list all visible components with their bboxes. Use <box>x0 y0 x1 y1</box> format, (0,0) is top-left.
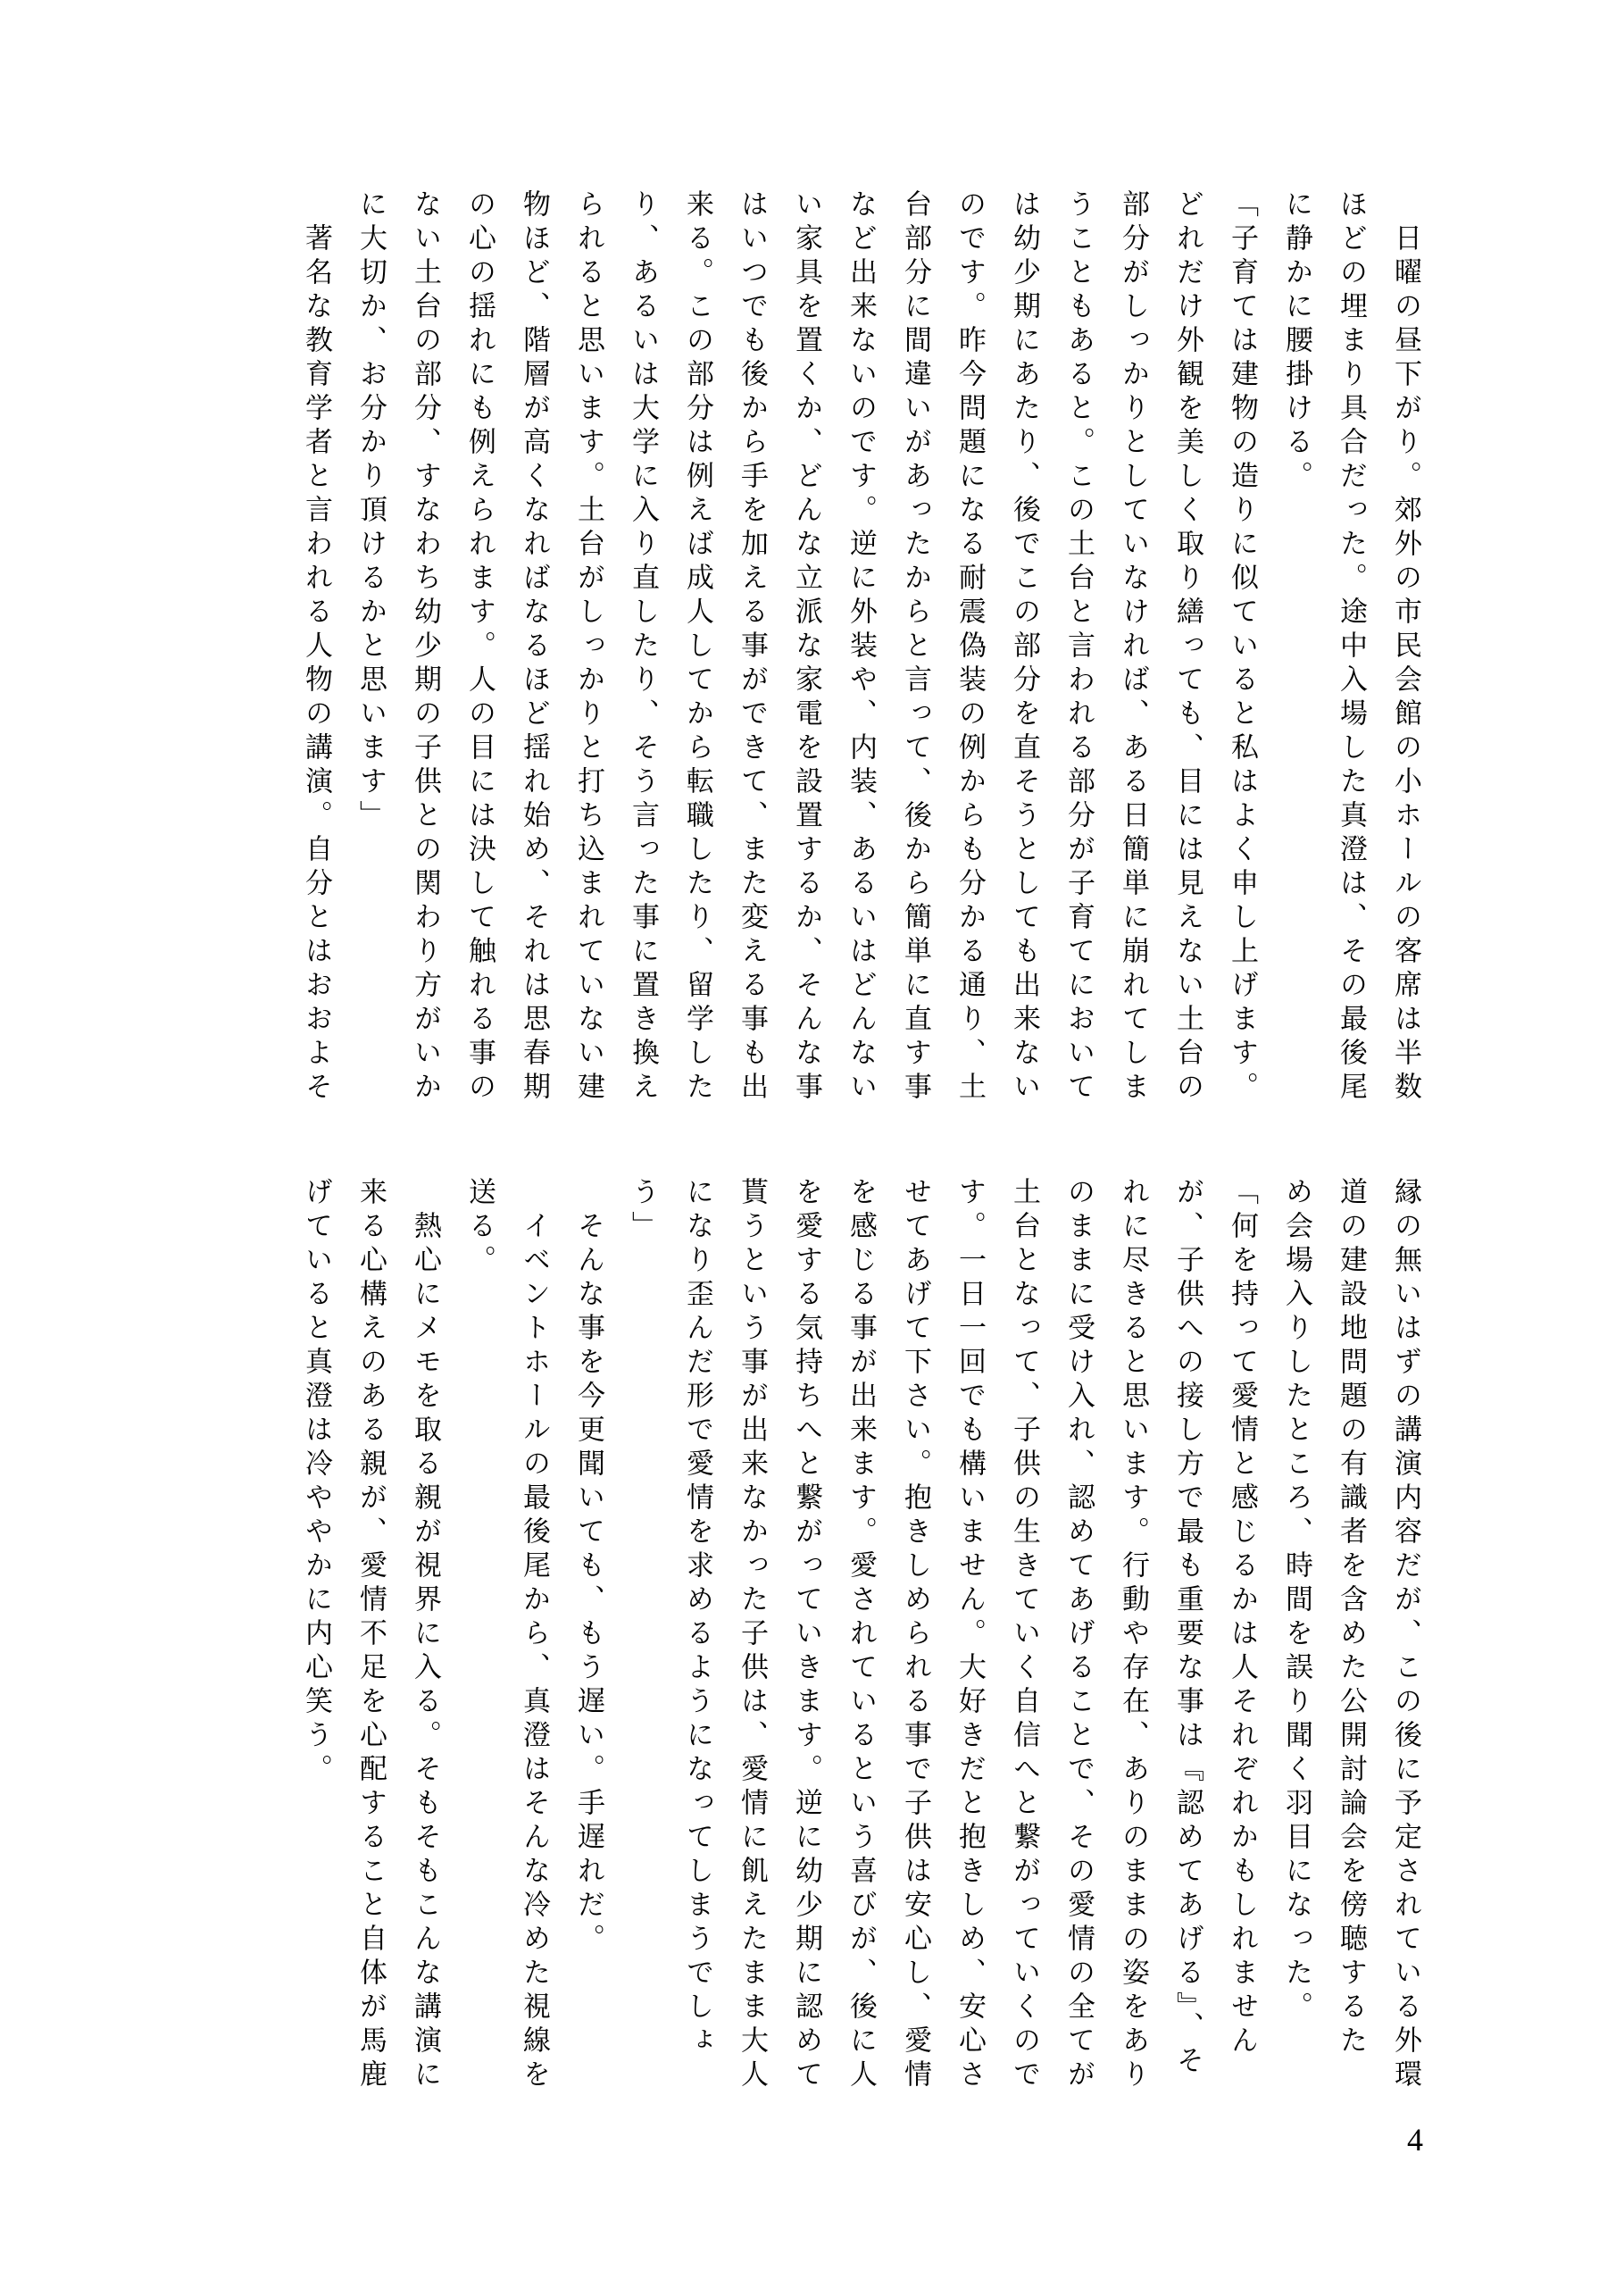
page-number: 4 <box>1407 2124 1423 2156</box>
vertical-text-block-upper: 日曜の昼下がり。郊外の市民会館の小ホールの客席は半数 ほどの埋まり具合だった。途… <box>289 189 1433 1136</box>
manuscript-page: 日曜の昼下がり。郊外の市民会館の小ホールの客席は半数 ほどの埋まり具合だった。途… <box>0 0 1624 2279</box>
vertical-text-block-lower: 縁の無いはずの講演内容だが、この後に予定されている外環 道の建設地問題の有識者を… <box>289 1177 1433 2124</box>
